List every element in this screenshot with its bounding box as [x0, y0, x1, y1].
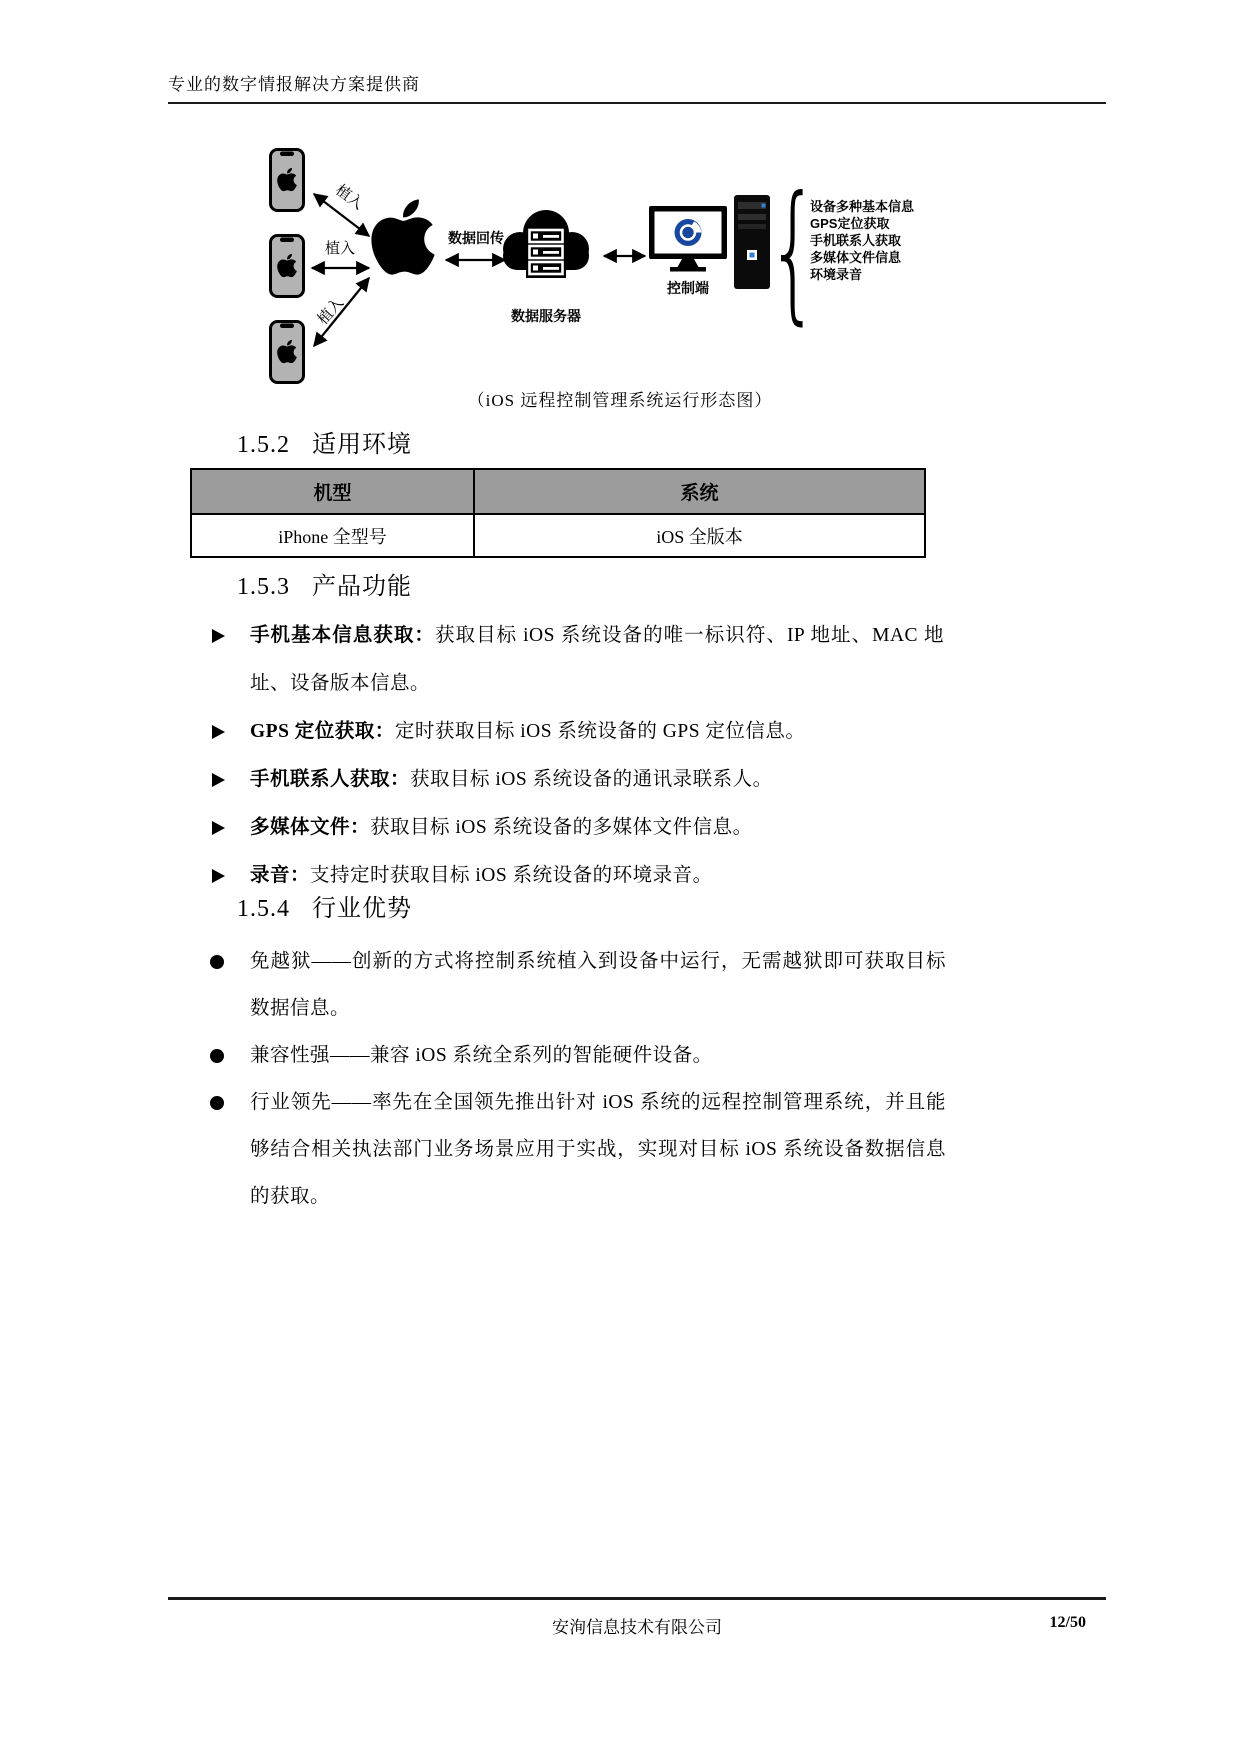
feature-item: 多媒体文件：获取目标 iOS 系统设备的多媒体文件信息。 [190, 804, 944, 852]
header-rule [168, 102, 1106, 104]
iphone-icon [269, 234, 305, 298]
environment-table: 机型 系统 iPhone 全型号 iOS 全版本 [190, 468, 926, 558]
table-cell-model: iPhone 全型号 [191, 514, 474, 557]
capability-line: 手机联系人获取 [810, 232, 970, 249]
system-architecture-diagram: 植入 植入 植入 数据回传 数据服务器 控制端 { 设备多种基本信息 GPS定位… [255, 138, 875, 390]
advantages-list: 免越狱——创新的方式将控制系统植入到设备中运行，无需越狱即可获取目标数据信息。 … [190, 938, 946, 1220]
table-header-row: 机型 系统 [191, 469, 925, 514]
arrow-bullet-icon [212, 725, 225, 739]
data-server-label: 数据服务器 [493, 306, 599, 326]
feature-item: 手机联系人获取：获取目标 iOS 系统设备的通讯录联系人。 [190, 756, 944, 804]
advantage-text: 免越狱——创新的方式将控制系统植入到设备中运行，无需越狱即可获取目标数据信息。 [250, 951, 946, 1019]
feature-title: 录音： [250, 865, 310, 886]
advantage-item: 行业领先——率先在全国领先推出针对 iOS 系统的远程控制管理系统，并且能够结合… [190, 1079, 946, 1220]
feature-title: 手机基本信息获取： [250, 625, 435, 646]
footer-company: 安洵信息技术有限公司 [168, 1613, 1106, 1638]
monitor-icon [647, 204, 729, 272]
section-number: 1.5.2 [237, 432, 290, 458]
section-heading-features: 1.5.3产品功能 [237, 566, 412, 601]
iphone-icon [269, 148, 305, 212]
section-heading-advantages: 1.5.4行业优势 [237, 888, 412, 923]
capability-line: 多媒体文件信息 [810, 249, 970, 266]
feature-title: 手机联系人获取： [250, 769, 410, 790]
feature-title: 多媒体文件： [250, 817, 370, 838]
table-row: iPhone 全型号 iOS 全版本 [191, 514, 925, 557]
apple-logo-icon [367, 194, 439, 280]
dot-bullet-icon [210, 955, 224, 969]
advantage-item: 兼容性强——兼容 iOS 系统全系列的智能硬件设备。 [190, 1032, 946, 1079]
figure-caption: （iOS 远程控制管理系统运行形态图） [0, 386, 1240, 411]
advantage-item: 免越狱——创新的方式将控制系统植入到设备中运行，无需越狱即可获取目标数据信息。 [190, 938, 946, 1032]
page-header: 专业的数字情报解决方案提供商 [168, 70, 1106, 104]
arrow-bullet-icon [212, 629, 225, 643]
dot-bullet-icon [210, 1049, 224, 1063]
feature-body: 获取目标 iOS 系统设备的通讯录联系人。 [410, 769, 773, 790]
arrow-bullet-icon [212, 869, 225, 883]
capability-line: GPS定位获取 [810, 215, 970, 232]
console-label: 控制端 [653, 278, 723, 298]
footer-rule [168, 1597, 1106, 1600]
feature-body: 支持定时获取目标 iOS 系统设备的环境录音。 [310, 865, 713, 886]
iphone-icon [269, 320, 305, 384]
section-number: 1.5.3 [237, 574, 290, 600]
tower-pc-icon [733, 194, 771, 290]
section-title: 适用环境 [312, 432, 412, 458]
capability-line: 环境录音 [810, 266, 970, 283]
server-console-arrow [601, 246, 649, 266]
table-cell-system: iOS 全版本 [474, 514, 925, 557]
features-list: 手机基本信息获取：获取目标 iOS 系统设备的唯一标识符、IP 地址、MAC 地… [190, 612, 944, 900]
feature-body: 定时获取目标 iOS 系统设备的 GPS 定位信息。 [395, 721, 806, 742]
capability-list: 设备多种基本信息 GPS定位获取 手机联系人获取 多媒体文件信息 环境录音 [810, 198, 970, 283]
advantage-text: 兼容性强——兼容 iOS 系统全系列的智能硬件设备。 [250, 1045, 713, 1066]
arrow-bullet-icon [212, 821, 225, 835]
section-heading-environment: 1.5.2适用环境 [237, 424, 412, 459]
feature-item: GPS 定位获取：定时获取目标 iOS 系统设备的 GPS 定位信息。 [190, 708, 944, 756]
feature-item: 手机基本信息获取：获取目标 iOS 系统设备的唯一标识符、IP 地址、MAC 地… [190, 612, 944, 708]
feature-title: GPS 定位获取： [250, 721, 395, 742]
section-number: 1.5.4 [237, 896, 290, 922]
advantage-text: 行业领先——率先在全国领先推出针对 iOS 系统的远程控制管理系统，并且能够结合… [250, 1092, 946, 1207]
feature-body: 获取目标 iOS 系统设备的多媒体文件信息。 [370, 817, 753, 838]
arrow-bullet-icon [212, 773, 225, 787]
table-header-system: 系统 [474, 469, 925, 514]
cloud-server-icon [495, 200, 597, 300]
table-header-model: 机型 [191, 469, 474, 514]
dot-bullet-icon [210, 1096, 224, 1110]
header-tagline: 专业的数字情报解决方案提供商 [168, 70, 1106, 95]
capability-line: 设备多种基本信息 [810, 198, 970, 215]
section-title: 行业优势 [312, 896, 412, 922]
document-page: 专业的数字情报解决方案提供商 植入 植入 植入 数据回传 数据服务器 控制端 {… [0, 0, 1240, 1754]
section-title: 产品功能 [312, 574, 412, 600]
footer-page-number: 12/50 [1000, 1614, 1086, 1632]
implant-label: 植入 [325, 237, 355, 258]
